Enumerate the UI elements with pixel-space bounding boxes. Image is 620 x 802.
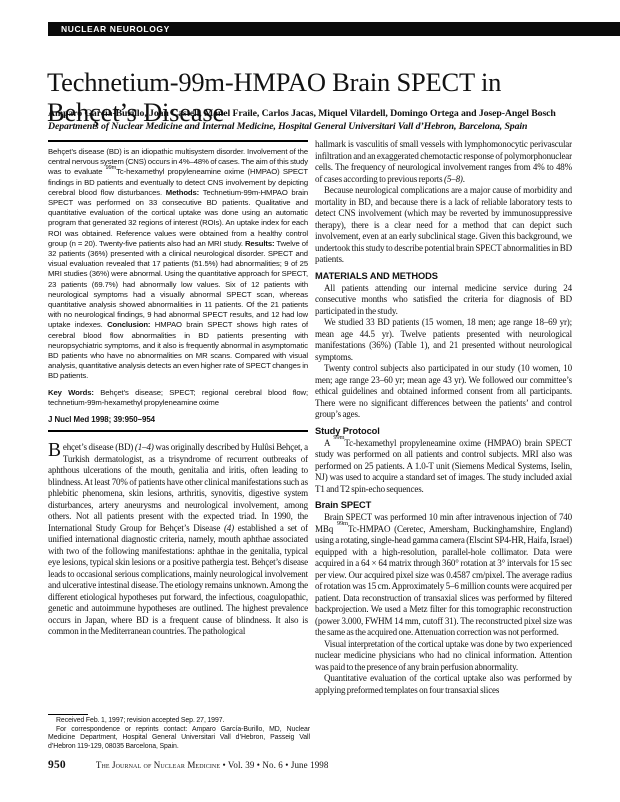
- affiliation-line: Departments of Nuclear Medicine and Inte…: [48, 121, 588, 132]
- paragraph-study-protocol: A 99mTc-hexamethyl propyleneamine oxime …: [315, 438, 572, 496]
- intro-paragraph-text: ehçet’s disease (BD) (1–4) was originall…: [48, 442, 308, 636]
- footnote-received: Received Feb. 1, 1997; revision accepted…: [48, 717, 310, 726]
- right-column: hallmark is vasculitis of small vessels …: [315, 139, 572, 749]
- author-list: Amparo García-Burillo, Joan Castell, Man…: [48, 108, 588, 119]
- paragraph-because: Because neurological complications are a…: [315, 185, 572, 266]
- heading-study-protocol: Study Protocol: [315, 426, 572, 436]
- paragraph-quantitative: Quantitative evaluation of the cortical …: [315, 673, 572, 696]
- intro-paragraph: Behçet’s disease (BD) (1–4) was original…: [48, 442, 308, 638]
- paragraph-brain-spect: Brain SPECT was performed 10 min after i…: [315, 512, 572, 639]
- paragraph-all-patients: All patients attending our internal medi…: [315, 283, 572, 318]
- section-banner-label: NUCLEAR NEUROLOGY: [61, 24, 170, 34]
- heading-brain-spect: Brain SPECT: [315, 500, 572, 510]
- dropcap-letter: B: [48, 442, 63, 459]
- journal-name: The Journal of Nuclear Medicine: [96, 760, 220, 770]
- citation-line: J Nucl Med 1998; 39:950–954: [48, 415, 308, 424]
- abstract-paragraph: Behçet’s disease (BD) is an idiopathic m…: [48, 147, 308, 382]
- footnote-block: Received Feb. 1, 1997; revision accepted…: [48, 712, 310, 752]
- page-number: 950: [48, 759, 66, 771]
- keywords-paragraph: Key Words: Behçet’s disease; SPECT; regi…: [48, 388, 308, 408]
- footnote-correspondence: For correspondence or reprints contact: …: [48, 726, 310, 752]
- abstract-top-rule: [48, 140, 308, 142]
- footnote-rule: [48, 714, 88, 715]
- paragraph-twenty-control: Twenty control subjects also participate…: [315, 363, 572, 421]
- journal-line: The Journal of Nuclear Medicine • Vol. 3…: [96, 760, 329, 770]
- paragraph-hallmark: hallmark is vasculitis of small vessels …: [315, 139, 572, 185]
- heading-materials-and-methods: MATERIALS AND METHODS: [315, 271, 572, 281]
- left-column: Behçet’s disease (BD) is an idiopathic m…: [48, 140, 308, 712]
- abstract-bottom-rule: [48, 430, 308, 432]
- page-footer: 950 The Journal of Nuclear Medicine • Vo…: [48, 759, 572, 771]
- paragraph-we-studied: We studied 33 BD patients (15 women, 18 …: [315, 317, 572, 363]
- paragraph-visual: Visual interpretation of the cortical up…: [315, 639, 572, 674]
- section-banner: NUCLEAR NEUROLOGY: [48, 22, 620, 36]
- journal-issue-info: • Vol. 39 • No. 6 • June 1998: [220, 760, 328, 770]
